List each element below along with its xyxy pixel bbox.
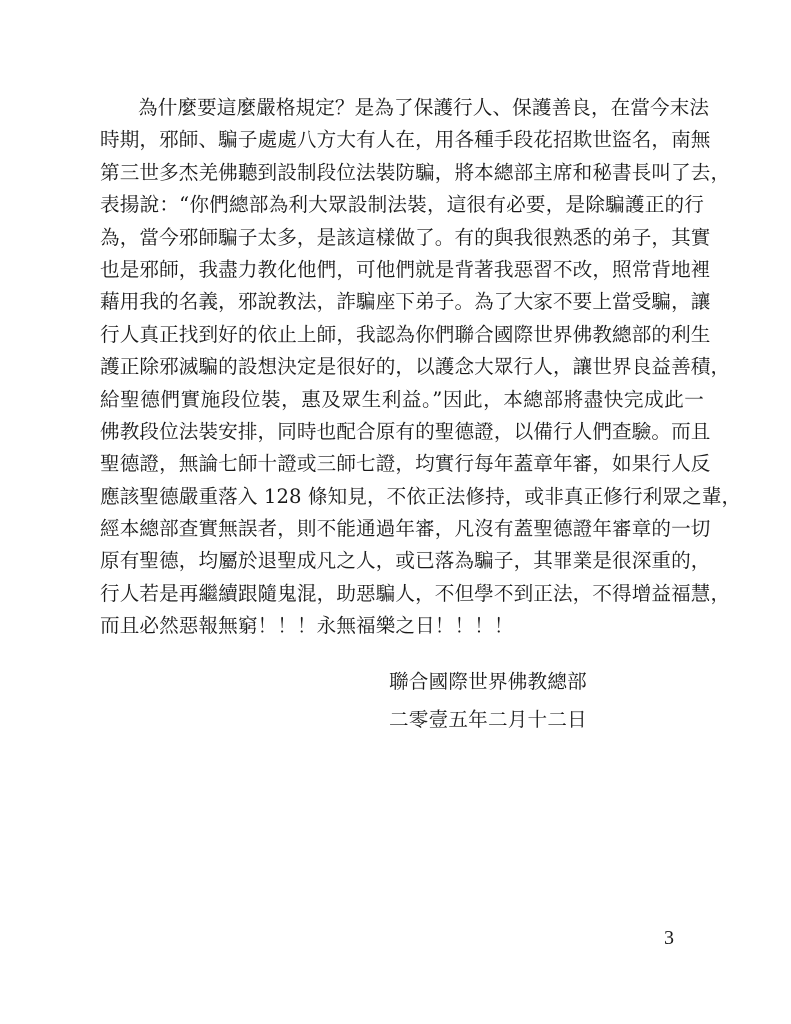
paragraph-line: 為，當今邪師騙子太多，是該這樣做了。有的與我很熟悉的弟子，其實 <box>100 222 704 254</box>
paragraph-line: 第三世多杰羌佛聽到設制段位法裝防騙，將本總部主席和秘書長叫了去， <box>100 157 704 189</box>
paragraph-line: 佛教段位法裝安排，同時也配合原有的聖德證，以備行人們查驗。而且 <box>100 416 704 448</box>
paragraph-line: 藉用我的名義，邪說教法，詐騙座下弟子。為了大家不要上當受騙，讓 <box>100 286 704 318</box>
paragraph-line: 原有聖德，均屬於退聖成凡之人，或已落為騙子，其罪業是很深重的， <box>100 545 704 577</box>
paragraph-line: 聖德證，無論七師十證或三師七證，均實行每年蓋章年審，如果行人反 <box>100 448 704 480</box>
paragraph-line: 給聖德們實施段位裝，惠及眾生利益。”因此，本總部將盡快完成此一 <box>100 384 704 416</box>
page-number: 3 <box>664 927 674 950</box>
document-page: 為什麼要這麼嚴格規定？是為了保護行人、保護善良，在當今末法 時期，邪師、騙子處處… <box>0 0 791 1024</box>
paragraph-line: 時期，邪師、騙子處處八方大有人在，用各種手段花招欺世盜名，南無 <box>100 124 704 156</box>
paragraph-line: 表揚說：“你們總部為利大眾設制法裝，這很有必要，是除騙護正的行 <box>100 189 704 221</box>
paragraph-line: 行人若是再繼續跟隨鬼混，助惡騙人，不但學不到正法，不得增益福慧， <box>100 578 704 610</box>
body-paragraph: 為什麼要這麼嚴格規定？是為了保護行人、保護善良，在當今末法 時期，邪師、騙子處處… <box>100 92 704 643</box>
paragraph-line: 經本總部查實無誤者，則不能通過年審，凡沒有蓋聖德證年審章的一切 <box>100 513 704 545</box>
paragraph-line: 行人真正找到好的依止上師，我認為你們聯合國際世界佛教總部的利生 <box>100 319 704 351</box>
paragraph-line: 護正除邪滅騙的設想決定是很好的，以護念大眾行人，讓世界良益善積， <box>100 351 704 383</box>
paragraph-line: 也是邪師，我盡力教化他們，可他們就是背著我惡習不改，照常背地裡 <box>100 254 704 286</box>
paragraph-line: 為什麼要這麼嚴格規定？是為了保護行人、保護善良，在當今末法 <box>100 92 704 124</box>
paragraph-line: 應該聖德嚴重落入 128 條知見，不依正法修持，或非真正修行利眾之輩， <box>100 481 704 513</box>
signature-date: 二零壹五年二月十二日 <box>389 701 587 739</box>
signature-block: 聯合國際世界佛教總部 二零壹五年二月十二日 <box>389 663 587 739</box>
paragraph-line: 而且必然惡報無窮！！！永無福樂之日！！！！ <box>100 610 704 642</box>
signature-organization: 聯合國際世界佛教總部 <box>389 663 587 701</box>
